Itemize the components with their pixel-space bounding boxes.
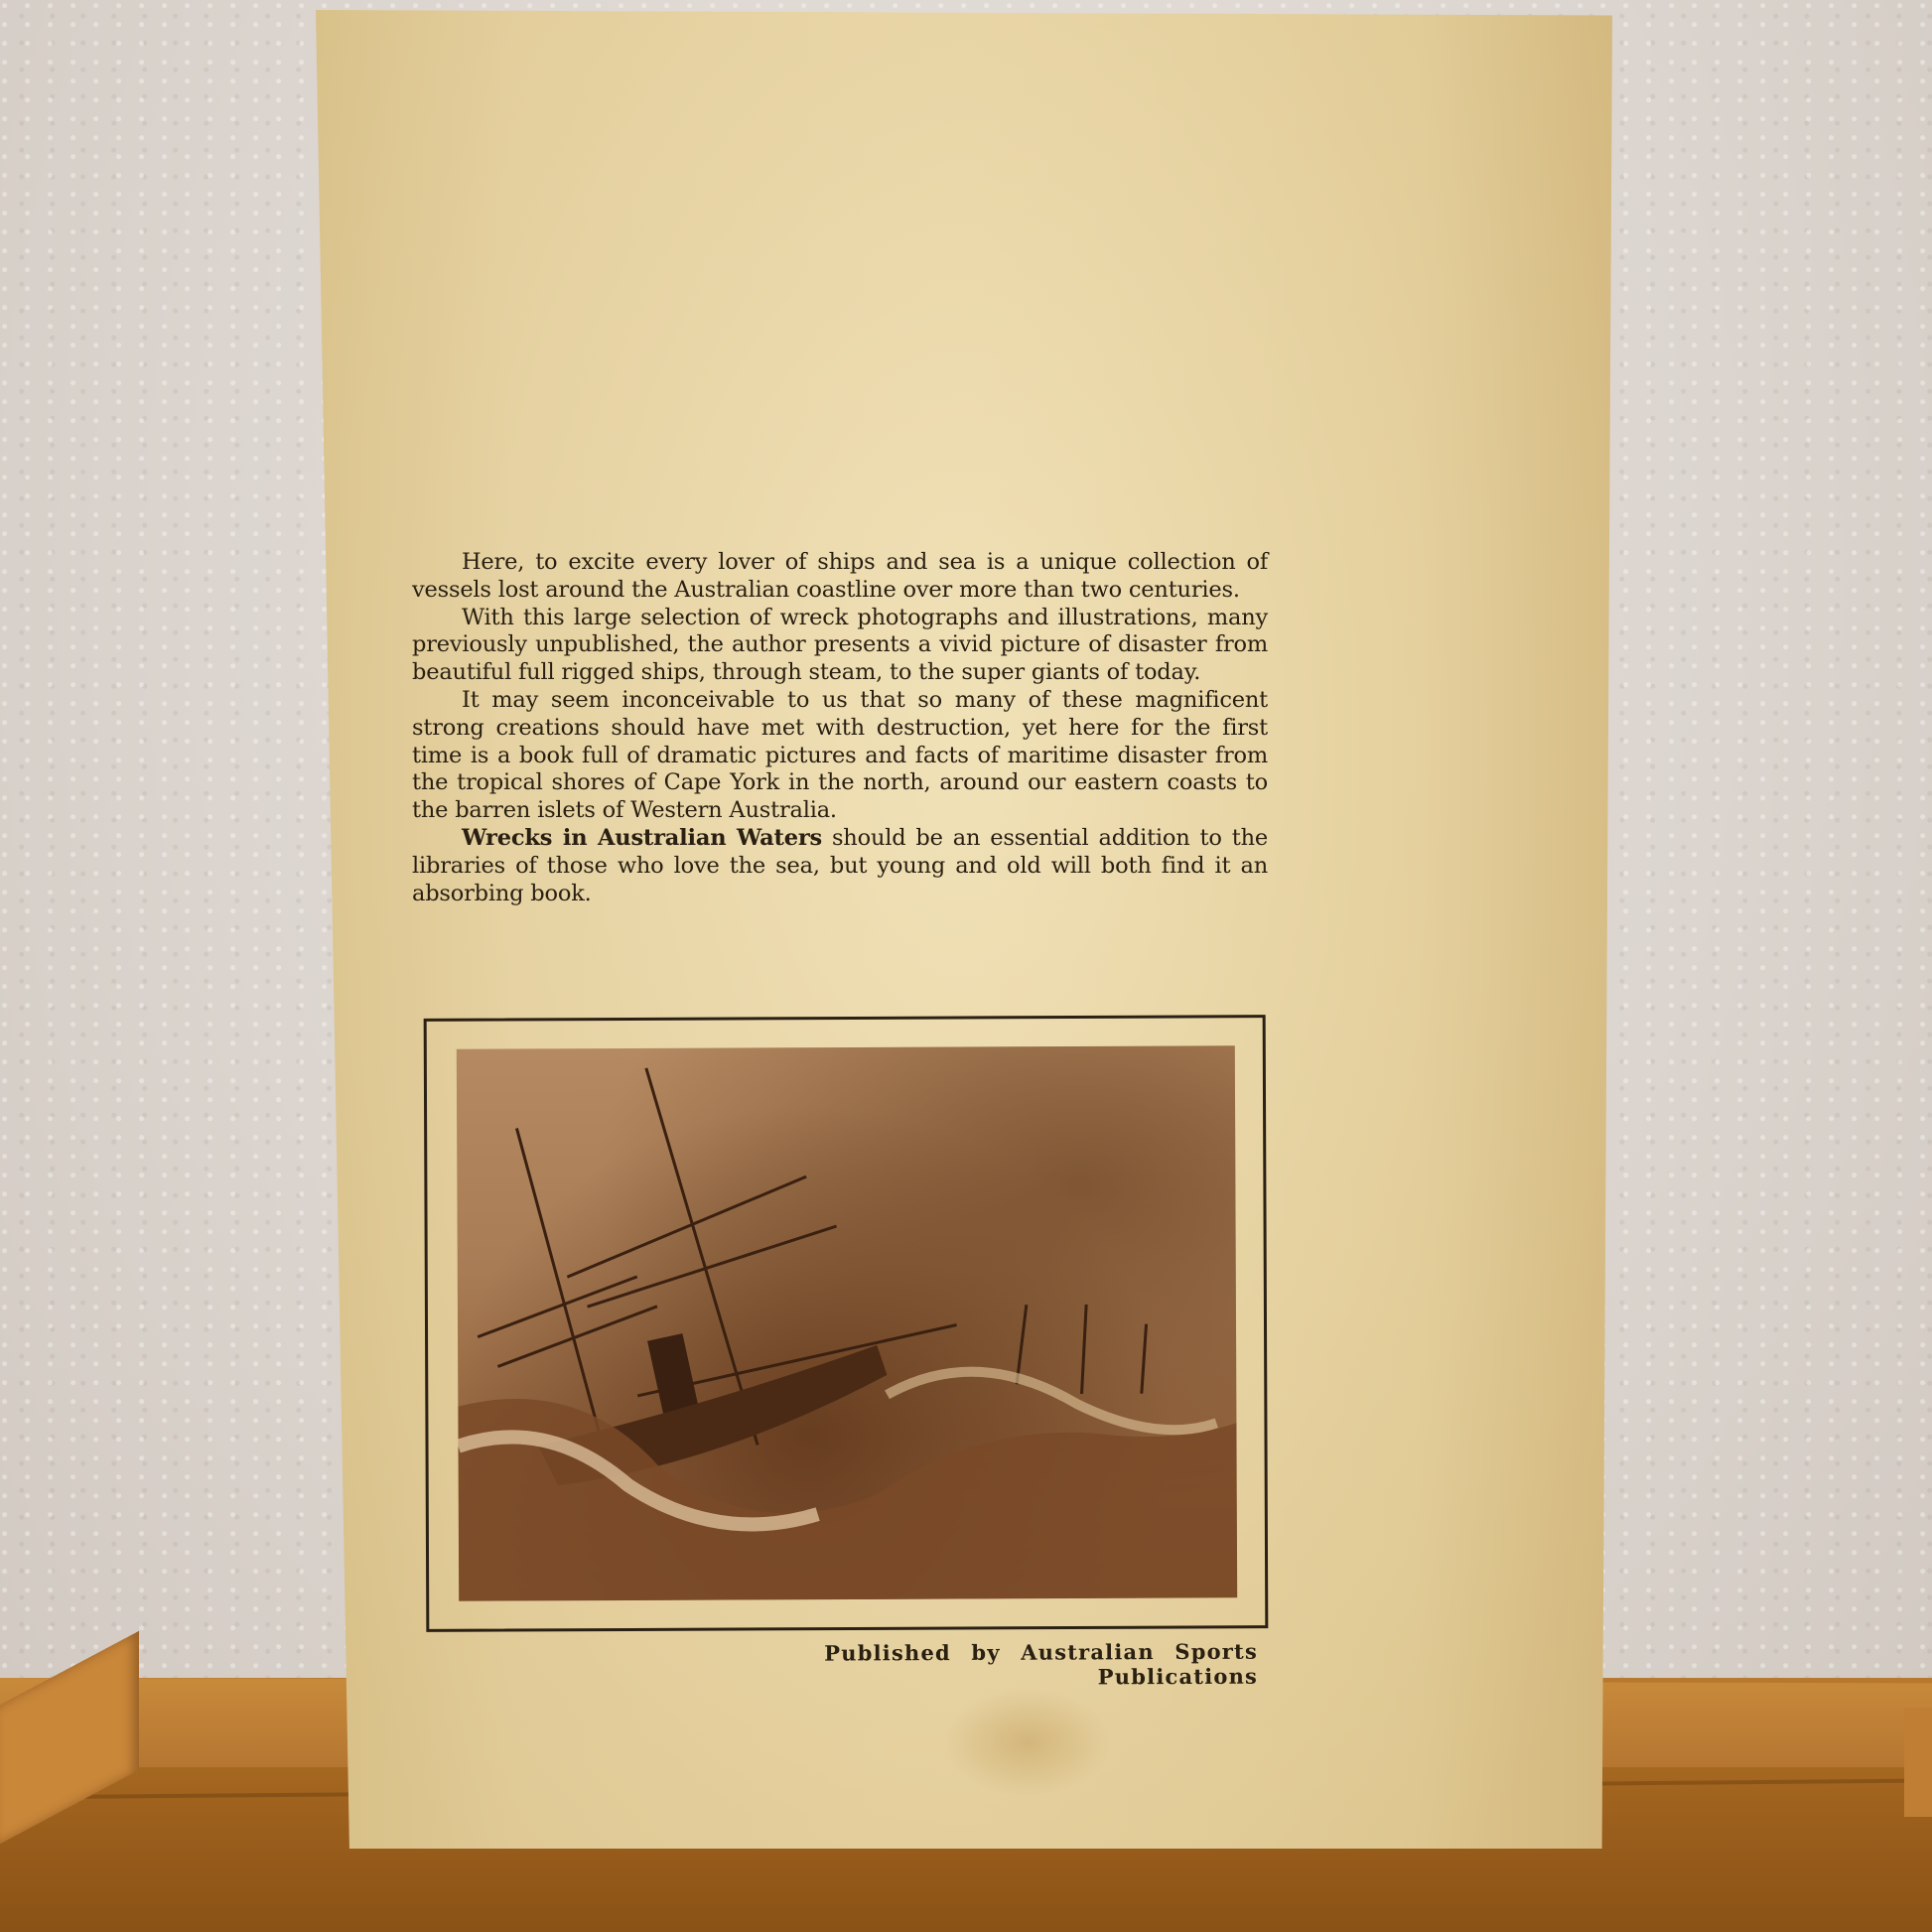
shipwreck-illustration xyxy=(457,1045,1237,1600)
shipwreck-drawing xyxy=(457,1045,1237,1600)
blurb-text: Here, to excite every lover of ships and… xyxy=(412,549,1268,907)
blurb-paragraph-3: It may seem inconceivable to us that so … xyxy=(412,687,1268,825)
illustration-frame xyxy=(424,1015,1269,1632)
blurb-paragraph-1: Here, to excite every lover of ships and… xyxy=(412,549,1268,605)
shelf-post-right xyxy=(1904,1708,1932,1817)
cover-stain xyxy=(943,1688,1112,1797)
book-title-bold: Wrecks in Australian Waters xyxy=(462,825,822,851)
blurb-paragraph-4: Wrecks in Australian Waters should be an… xyxy=(412,825,1268,907)
publisher-line: Published by Australian Sports Publicati… xyxy=(647,1639,1258,1692)
blurb-paragraph-2: With this large selection of wreck photo… xyxy=(412,605,1268,687)
